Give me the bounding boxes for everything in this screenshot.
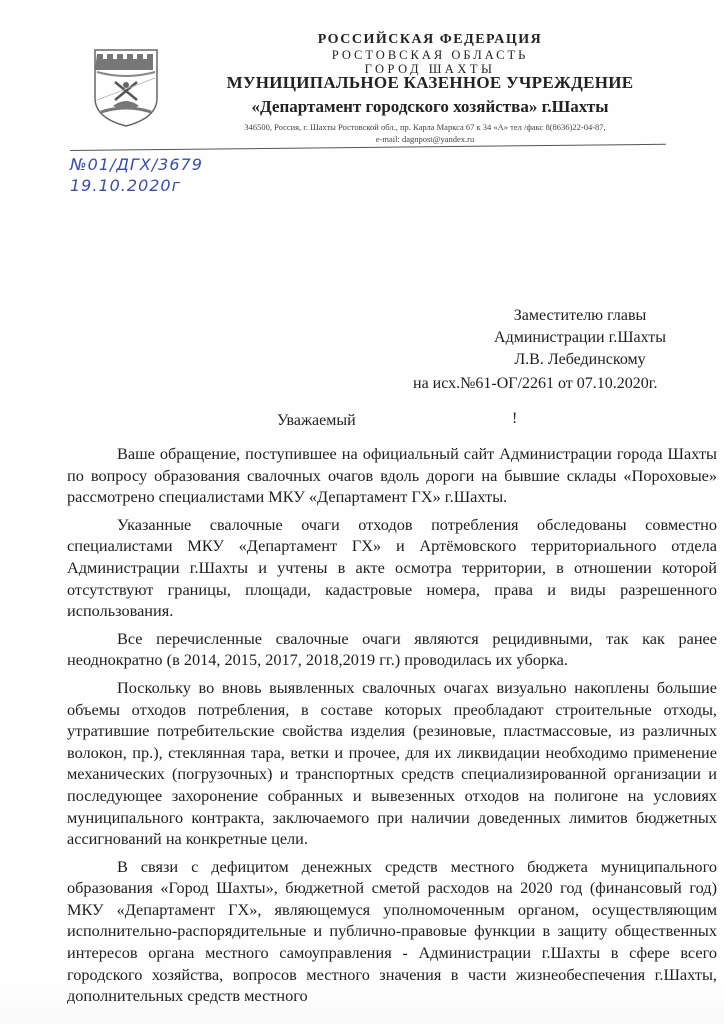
addressee-title: Заместителю главы [460, 305, 700, 327]
coat-of-arms-icon [93, 48, 159, 128]
letterhead-email: e-mail: dagnpost@yandex.ru [205, 134, 645, 144]
letterhead-address: 346500, Россия, г. Шахты Ростовской обл.… [205, 122, 645, 132]
addressee-name: Л.В. Лебединскому [460, 349, 700, 371]
letterhead-divider [70, 144, 666, 151]
paragraph: Поскольку во вновь выявленных свалочных … [67, 677, 717, 850]
paragraph: Указанные свалочные очаги отходов потреб… [67, 514, 717, 622]
reference-line: на исх.№61-ОГ/2261 от 07.10.2020г. [413, 375, 658, 393]
letterhead-region: РОСТОВСКАЯ ОБЛАСТЬ [210, 48, 650, 63]
addressee-organization: Администрации г.Шахты [460, 327, 700, 349]
registration-date: 19.10.2020г [70, 176, 181, 195]
document-page: РОССИЙСКАЯ ФЕДЕРАЦИЯ РОСТОВСКАЯ ОБЛАСТЬ … [0, 0, 724, 1024]
salutation-mark: ! [512, 410, 517, 428]
letterhead-institution: МУНИЦИПАЛЬНОЕ КАЗЕННОЕ УЧРЕЖДЕНИЕ [210, 73, 650, 93]
paragraph: Ваше обращение, поступившее на официальн… [67, 443, 717, 508]
letterhead-department: «Департамент городского хозяйства» г.Шах… [210, 97, 650, 117]
letterhead-country: РОССИЙСКАЯ ФЕДЕРАЦИЯ [210, 32, 650, 48]
registration-number: №01/ДГХ/3679 [70, 155, 203, 174]
paragraph: Все перечисленные свалочные очаги являют… [67, 628, 717, 671]
scan-shadow [0, 984, 724, 1024]
letter-body: Ваше обращение, поступившее на официальн… [67, 443, 717, 1013]
salutation: Уважаемый [277, 412, 356, 430]
